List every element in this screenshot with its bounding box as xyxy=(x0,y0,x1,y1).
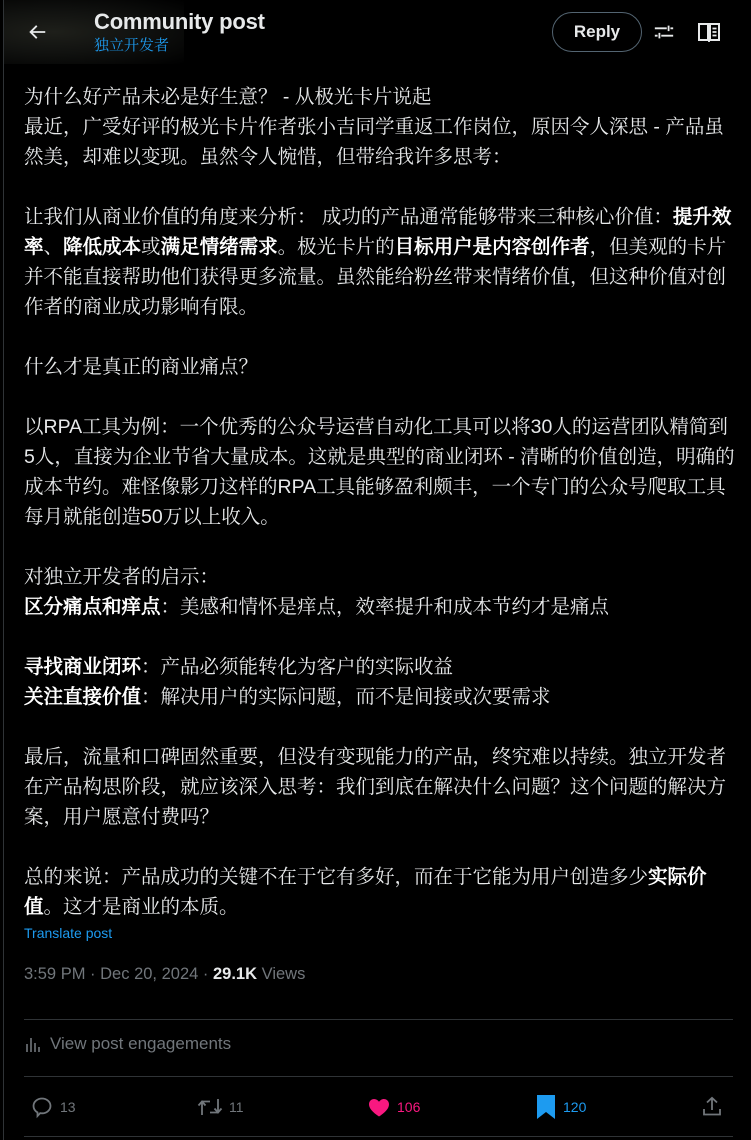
meta-separator: · xyxy=(90,965,96,983)
back-button[interactable] xyxy=(20,15,54,49)
text-segment: ：解决用户的实际问题，而不是间接或次要需求 xyxy=(141,686,551,708)
repost-action-button[interactable]: 11 xyxy=(197,1090,244,1124)
back-arrow-icon xyxy=(26,21,48,43)
post-paragraph: 为什么好产品未必是好生意？ - 从极光卡片说起 xyxy=(24,82,736,112)
like-action-button[interactable]: 106 xyxy=(367,1090,420,1124)
sliders-icon xyxy=(653,21,675,43)
post-paragraph: 对独立开发者的启示： xyxy=(24,562,736,592)
repost-icon xyxy=(197,1095,223,1119)
bold-text: 降低成本 xyxy=(63,236,141,258)
post-body: 为什么好产品未必是好生意？ - 从极光卡片说起最近，广受好评的极光卡片作者张小吉… xyxy=(24,82,736,922)
post-paragraph: 关注直接价值：解决用户的实际问题，而不是间接或次要需求 xyxy=(24,682,736,712)
reader-mode-button[interactable] xyxy=(697,20,721,44)
reply-count: 13 xyxy=(60,1099,76,1115)
views-count: 29.1K xyxy=(213,965,257,983)
post-paragraph: 总的来说：产品成功的关键不在于它有多好，而在于它能为用户创造多少实际价值。这才是… xyxy=(24,862,736,922)
reply-bubble-icon xyxy=(30,1095,54,1119)
text-segment: 以RPA工具为例：一个优秀的公众号运营自动化工具可以将30人的运营团队精简到5人… xyxy=(24,416,735,528)
blank-line xyxy=(24,832,736,862)
blank-line xyxy=(24,322,736,352)
bookmark-filled-icon xyxy=(535,1094,557,1120)
share-action-button[interactable] xyxy=(700,1090,730,1124)
divider xyxy=(24,1076,733,1077)
divider xyxy=(24,1019,733,1020)
post-paragraph: 什么才是真正的商业痛点？ xyxy=(24,352,736,382)
text-segment: 总的来说：产品成功的关键不在于它有多好，而在于它能为用户创造多少 xyxy=(24,866,648,888)
text-segment: 最后，流量和口碑固然重要，但没有变现能力的产品，终究难以持续。独立开发者在产品构… xyxy=(24,746,726,828)
reply-action-button[interactable]: 13 xyxy=(30,1090,76,1124)
text-segment: 、 xyxy=(44,236,64,258)
blank-line xyxy=(24,172,736,202)
bold-text: 满足情绪需求 xyxy=(161,236,278,258)
post-date[interactable]: Dec 20, 2024 xyxy=(100,965,198,983)
text-segment: 对独立开发者的启示： xyxy=(24,566,219,588)
share-icon xyxy=(700,1095,724,1119)
translate-post-link[interactable]: Translate post xyxy=(24,925,112,941)
view-engagements-link[interactable]: View post engagements xyxy=(24,1031,231,1057)
post-paragraph: 寻找商业闭环：产品必须能转化为客户的实际收益 xyxy=(24,652,736,682)
text-segment: ：产品必须能转化为客户的实际收益 xyxy=(141,656,453,678)
bold-text: 寻找商业闭环 xyxy=(24,656,141,678)
post-paragraph: 最后，流量和口碑固然重要，但没有变现能力的产品，终究难以持续。独立开发者在产品构… xyxy=(24,742,736,832)
action-bar: 13 11 106 120 xyxy=(24,1090,736,1124)
bold-text: 目标用户是内容创作者 xyxy=(395,236,590,258)
text-segment: 或 xyxy=(141,236,161,258)
post-paragraph: 区分痛点和痒点：美感和情怀是痒点，效率提升和成本节约才是痛点 xyxy=(24,592,736,622)
view-engagements-label: View post engagements xyxy=(50,1034,231,1054)
community-name-link[interactable]: 独立开发者 xyxy=(94,37,265,55)
page-title: Community post xyxy=(94,7,265,37)
text-segment: 什么才是真正的商业痛点？ xyxy=(24,356,258,378)
text-segment: 让我们从商业价值的角度来分析： 成功的产品通常能够带来三种核心价值： xyxy=(24,206,673,228)
bookmark-count: 120 xyxy=(563,1099,586,1115)
reader-icon xyxy=(697,21,721,43)
text-segment: ：美感和情怀是痒点，效率提升和成本节约才是痛点 xyxy=(161,596,610,618)
text-segment: 。这才是商业的本质。 xyxy=(44,896,239,918)
views-label: Views xyxy=(262,965,306,983)
post-paragraph: 让我们从商业价值的角度来分析： 成功的产品通常能够带来三种核心价值：提升效率、降… xyxy=(24,202,736,322)
post-metadata: 3:59 PM · Dec 20, 2024 · 29.1K Views xyxy=(24,965,305,984)
reply-button[interactable]: Reply xyxy=(552,12,642,52)
post-paragraph: 以RPA工具为例：一个优秀的公众号运营自动化工具可以将30人的运营团队精简到5人… xyxy=(24,412,736,532)
blank-line xyxy=(24,382,736,412)
post-time[interactable]: 3:59 PM xyxy=(24,965,85,983)
text-segment: 。极光卡片的 xyxy=(278,236,395,258)
bold-text: 关注直接价值 xyxy=(24,686,141,708)
bookmark-action-button[interactable]: 120 xyxy=(535,1090,586,1124)
analytics-icon xyxy=(24,1034,44,1054)
heart-filled-icon xyxy=(367,1095,391,1119)
column-border xyxy=(3,0,4,1140)
meta-separator: · xyxy=(203,965,209,983)
repost-count: 11 xyxy=(229,1099,244,1115)
post-paragraph: 最近，广受好评的极光卡片作者张小吉同学重返工作岗位，原因令人深思 - 产品虽然美… xyxy=(24,112,736,172)
divider xyxy=(24,1136,733,1137)
blank-line xyxy=(24,622,736,652)
like-count: 106 xyxy=(397,1099,420,1115)
blank-line xyxy=(24,532,736,562)
filter-settings-button[interactable] xyxy=(652,20,676,44)
blank-line xyxy=(24,712,736,742)
text-segment: 为什么好产品未必是好生意？ - 从极光卡片说起 xyxy=(24,86,431,108)
header-title-block: Community post 独立开发者 xyxy=(94,7,265,55)
text-segment: 最近，广受好评的极光卡片作者张小吉同学重返工作岗位，原因令人深思 - 产品虽然美… xyxy=(24,116,724,168)
bold-text: 区分痛点和痒点 xyxy=(24,596,161,618)
